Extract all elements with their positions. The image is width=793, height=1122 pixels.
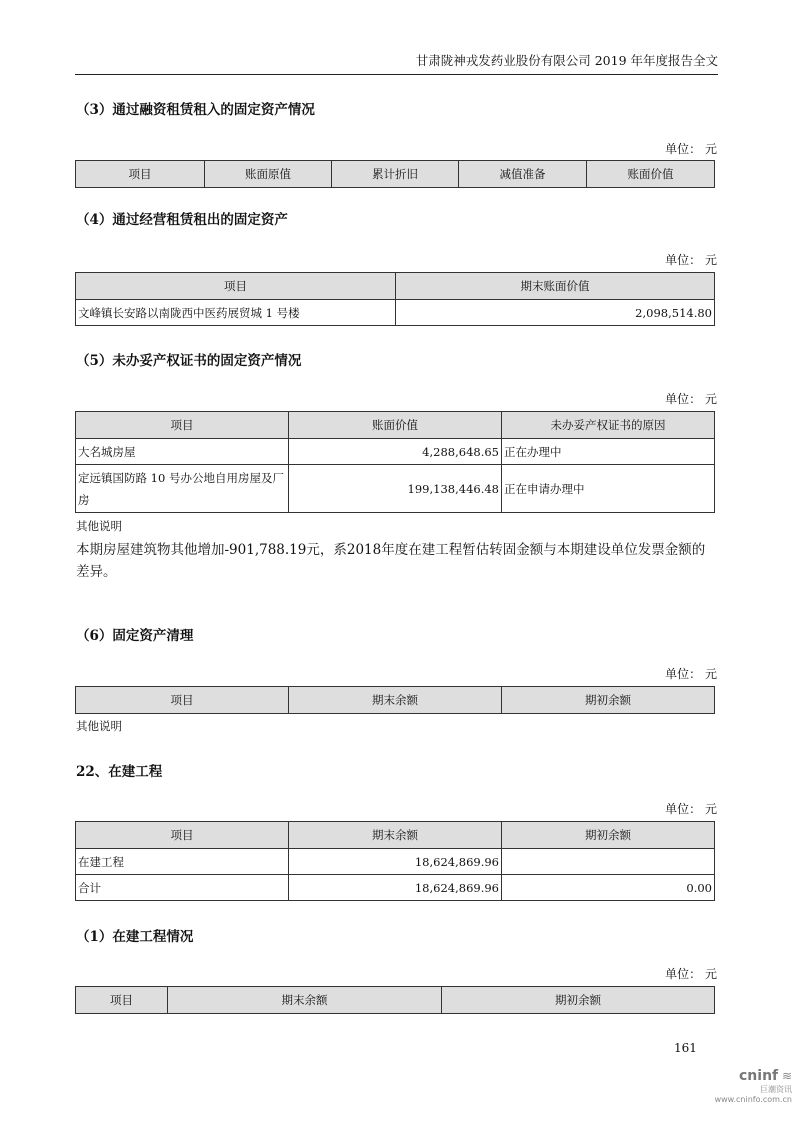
- section-5-title: （5）未办妥产权证书的固定资产情况: [76, 349, 301, 369]
- cell-reason: 正在申请办理中: [502, 465, 715, 513]
- cell-value: 199,138,446.48: [289, 465, 502, 513]
- cell-item: 大名城房屋: [76, 439, 289, 465]
- section-3-title: （3）通过融资租赁租入的固定资产情况: [76, 98, 315, 118]
- column-header: 期末余额: [168, 987, 442, 1014]
- column-header: 期末账面价值: [396, 273, 715, 300]
- column-header: 期末余额: [289, 687, 502, 714]
- cell-end-balance: 18,624,869.96: [289, 875, 502, 901]
- column-header: 期末余额: [289, 822, 502, 849]
- unit-label: 单位： 元: [665, 140, 717, 157]
- other-note-label: 其他说明: [76, 718, 122, 734]
- column-header: 未办妥产权证书的原因: [502, 412, 715, 439]
- column-header: 期初余额: [442, 987, 715, 1014]
- header-title: 甘肃陇神戎发药业股份有限公司 2019 年年度报告全文: [416, 53, 718, 68]
- construction-in-progress-table: 项目 期末余额 期初余额 在建工程 18,624,869.96 合计 18,62…: [75, 821, 715, 901]
- section-4-title: （4）通过经营租赁租出的固定资产: [76, 208, 288, 228]
- table-row: 定远镇国防路 10 号办公地自用房屋及厂房 199,138,446.48 正在申…: [76, 465, 715, 513]
- other-note-label: 其他说明: [76, 518, 122, 534]
- table-row: 在建工程 18,624,869.96: [76, 849, 715, 875]
- column-header: 项目: [76, 822, 289, 849]
- table-row: 大名城房屋 4,288,648.65 正在办理中: [76, 439, 715, 465]
- section-22-title: 22、在建工程: [76, 760, 162, 780]
- page-number: 161: [674, 1041, 697, 1055]
- cell-begin-balance: [502, 849, 715, 875]
- unit-label: 单位： 元: [665, 665, 717, 682]
- cell-item: 文峰镇长安路以南陇西中医药展贸城 1 号楼: [76, 300, 396, 326]
- asset-disposal-table: 项目 期末余额 期初余额: [75, 686, 715, 714]
- table-header-row: 项目 期末账面价值: [76, 273, 715, 300]
- cell-item: 在建工程: [76, 849, 289, 875]
- column-header: 项目: [76, 273, 396, 300]
- column-header: 期初余额: [502, 822, 715, 849]
- column-header: 账面价值: [289, 412, 502, 439]
- logo-swirl-icon: ≋: [778, 1069, 792, 1083]
- table-header-row: 项目 账面价值 未办妥产权证书的原因: [76, 412, 715, 439]
- table-row: 合计 18,624,869.96 0.00: [76, 875, 715, 901]
- cell-reason: 正在办理中: [502, 439, 715, 465]
- unit-label: 单位： 元: [665, 251, 717, 268]
- column-header: 项目: [76, 161, 205, 188]
- cell-begin-balance: 0.00: [502, 875, 715, 901]
- table-header-row: 项目 账面原值 累计折旧 减值准备 账面价值: [76, 161, 715, 188]
- table-row: 文峰镇长安路以南陇西中医药展贸城 1 号楼 2,098,514.80: [76, 300, 715, 326]
- logo-brand: cninf: [739, 1068, 778, 1084]
- column-header: 项目: [76, 687, 289, 714]
- cninfo-logo: cninf ≋ 巨潮资讯 www.cninfo.com.cn: [712, 1065, 792, 1104]
- column-header: 期初余额: [502, 687, 715, 714]
- finance-lease-table: 项目 账面原值 累计折旧 减值准备 账面价值: [75, 160, 715, 188]
- table-header-row: 项目 期末余额 期初余额: [76, 687, 715, 714]
- unit-label: 单位： 元: [665, 965, 717, 982]
- section-22-1-title: （1）在建工程情况: [76, 925, 193, 945]
- column-header: 项目: [76, 987, 168, 1014]
- cell-item: 合计: [76, 875, 289, 901]
- cell-value: 2,098,514.80: [396, 300, 715, 326]
- cell-end-balance: 18,624,869.96: [289, 849, 502, 875]
- table-header-row: 项目 期末余额 期初余额: [76, 822, 715, 849]
- column-header: 账面价值: [587, 161, 715, 188]
- cell-value: 4,288,648.65: [289, 439, 502, 465]
- operating-lease-table: 项目 期末账面价值 文峰镇长安路以南陇西中医药展贸城 1 号楼 2,098,51…: [75, 272, 715, 326]
- cell-item: 定远镇国防路 10 号办公地自用房屋及厂房: [76, 465, 289, 513]
- column-header: 账面原值: [205, 161, 332, 188]
- unit-label: 单位： 元: [665, 800, 717, 817]
- construction-details-table: 项目 期末余额 期初余额: [75, 986, 715, 1014]
- column-header: 累计折旧: [332, 161, 459, 188]
- section-6-title: （6）固定资产清理: [76, 624, 193, 644]
- logo-cn-text: 巨潮资讯: [712, 1084, 792, 1095]
- table-header-row: 项目 期末余额 期初余额: [76, 987, 715, 1014]
- other-note-body: 本期房屋建筑物其他增加-901,788.19元，系2018年度在建工程暂估转固金…: [76, 539, 716, 583]
- column-header: 项目: [76, 412, 289, 439]
- unit-label: 单位： 元: [665, 390, 717, 407]
- logo-url: www.cninfo.com.cn: [712, 1095, 792, 1104]
- unclear-title-table: 项目 账面价值 未办妥产权证书的原因 大名城房屋 4,288,648.65 正在…: [75, 411, 715, 513]
- column-header: 减值准备: [459, 161, 587, 188]
- page-header: 甘肃陇神戎发药业股份有限公司 2019 年年度报告全文: [75, 52, 718, 75]
